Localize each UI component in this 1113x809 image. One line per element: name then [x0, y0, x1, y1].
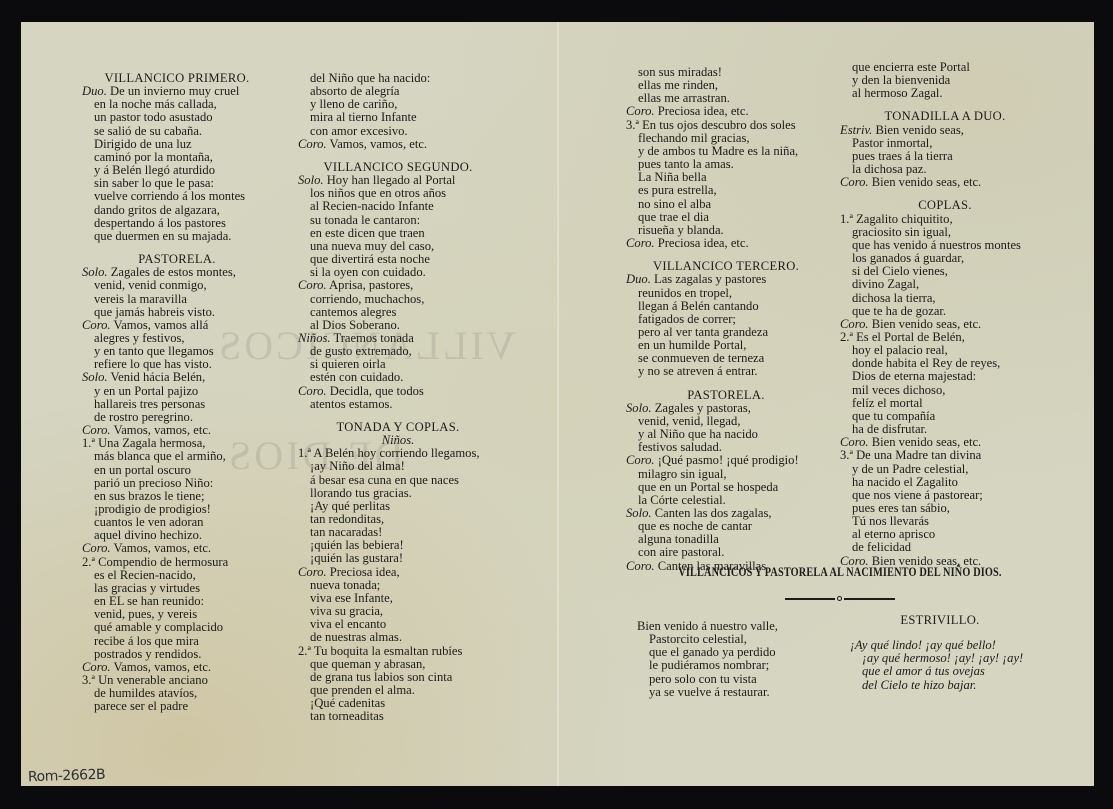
verse-text: viva ese Infante, — [310, 591, 393, 605]
verse-text: Aprisa, pastores, — [329, 278, 413, 292]
verse-text: sin saber lo que le pasa: — [94, 176, 214, 190]
verse-text: dando gritos de algazara, — [94, 203, 220, 217]
verse-text: llegan á Belén cantando — [638, 299, 759, 313]
verse-text: que jamás habreis visto. — [94, 305, 215, 319]
verse-text: una nueva muy del caso, — [310, 239, 434, 253]
verse-text: Zagales de estos montes, — [111, 265, 236, 279]
verse-text: un pastor todo asustado — [94, 110, 213, 124]
verse-text: no sino el alba — [638, 197, 711, 211]
verse-text: si la oyen con cuidado. — [310, 265, 426, 279]
verse-text: donde habita el Rey de reyes, — [852, 356, 1000, 370]
column-2: del Niño que ha nacido:absorto de alegrí… — [298, 72, 498, 724]
speaker-role: 2.ª — [298, 644, 311, 658]
speaker-role: 3.ª — [82, 673, 95, 687]
verse-line: ya se vuelve á restaurar. — [637, 686, 837, 699]
verse-text: Canten las dos zagalas, — [655, 506, 772, 520]
speaker-role: 2.ª — [840, 330, 853, 344]
verse-text: que nos viene á pastorear; — [852, 488, 983, 502]
verse-text: vereis la maravilla — [94, 292, 187, 306]
speaker-role: Niños. — [298, 331, 331, 345]
verse-line: parece ser el padre — [82, 700, 272, 713]
verse-text: en un portal oscuro — [94, 463, 191, 477]
speaker-role: Coro. — [626, 236, 655, 250]
verse-text: Vamos, vamos, etc. — [114, 541, 212, 555]
speaker-role: 3.ª — [626, 118, 639, 132]
verse-text: que duermen en su majada. — [94, 229, 231, 243]
verse-text: atentos estamos. — [310, 397, 393, 411]
verse-text: ¡Qué cadenitas — [310, 696, 385, 710]
verse-text: que encierra este Portal — [852, 60, 970, 74]
speaker-role: Duo. — [82, 84, 107, 98]
verse-line: que el amor á tus ovejas — [850, 665, 1030, 678]
verse-text: ¡quién las gustara! — [310, 551, 403, 565]
speaker-role: Coro. — [82, 541, 111, 555]
verse-text: y á Belén llegó aturdido — [94, 163, 215, 177]
verse-line: le pudiéramos nombrar; — [637, 659, 837, 672]
verse-line: atentos estamos. — [298, 398, 498, 411]
verse-text: cuantos le ven adoran — [94, 515, 203, 529]
verse-text: estén con cuidado. — [310, 370, 403, 384]
verse-text: Dios de eterna majestad: — [852, 369, 976, 383]
verse-text: felíz el mortal — [852, 396, 923, 410]
verse-text: y en tanto que llegamos — [94, 344, 214, 358]
ornament-divider-icon — [785, 596, 895, 602]
speaker-role: 1.ª — [840, 212, 853, 226]
verse-text: que divertirá esta noche — [310, 252, 430, 266]
speaker-role: Coro. — [840, 175, 869, 189]
verse-text: tan redonditas, — [310, 512, 384, 526]
verse-text: Tú nos llevarás — [852, 514, 929, 528]
verse-line: pero solo con tu vista — [637, 673, 837, 686]
speaker-role: Solo. — [626, 506, 652, 520]
verse-text: de grana tus labios son cinta — [310, 670, 452, 684]
column-1: VILLANCICO PRIMERO.Duo. De un invierno m… — [82, 72, 272, 714]
verse-text: fatigados de correr; — [638, 312, 736, 326]
verse-text: parió un precioso Niño: — [94, 476, 213, 490]
verse-text: en EL se han reunido: — [94, 594, 204, 608]
speaker-role: Duo. — [626, 272, 651, 286]
verse-text: Es el Portal de Belén, — [856, 330, 965, 344]
verse-text: Compendio de hermosura — [98, 555, 228, 569]
verse-text: Un venerable anciano — [98, 673, 208, 687]
verse-text: tan torneaditas — [310, 709, 384, 723]
verse-text: y de un Padre celestial, — [852, 462, 968, 476]
verse-text: á besar esa cuna en que naces — [310, 473, 459, 487]
verse-text: los ganados á guardar, — [852, 251, 964, 265]
verse-text: Bien venido seas, etc. — [872, 435, 981, 449]
verse-text: de felicidad — [852, 540, 911, 554]
verse-text: Bien venido seas, etc. — [872, 317, 981, 331]
verse-text: de nuestras almas. — [310, 630, 402, 644]
verse-text: ellas me rinden, — [638, 78, 718, 92]
verse-text: reunidos en tropel, — [638, 286, 732, 300]
verse-text: Zagalito chiquitito, — [856, 212, 953, 226]
verse-text: De una Madre tan divina — [856, 448, 981, 462]
verse-text: con amor excesivo. — [310, 124, 408, 138]
verse-text: Bien venido seas, — [875, 123, 964, 137]
verse-text: y no se atreven á entrar. — [638, 364, 758, 378]
verse-text: y en un Portal pajizo — [94, 384, 198, 398]
verse-text: venid, pues, y vereis — [94, 607, 197, 621]
verse-text: son sus miradas! — [638, 65, 722, 79]
estrivillo: ESTRIVILLO. ¡Ay qué lindo! ¡ay qué bello… — [850, 614, 1030, 692]
verse-text: Vamos, vamos allá — [114, 318, 209, 332]
verse-text: refiere lo que has visto. — [94, 357, 212, 371]
speaker-role: 3.ª — [840, 448, 853, 462]
verse-text: Vamos, vamos, etc. — [330, 137, 428, 151]
verse-text: que es noche de cantar — [638, 519, 752, 533]
speaker-role: Coro. — [840, 435, 869, 449]
verse-text: pues eres tan sábio, — [852, 501, 950, 515]
verse-line: del Cielo te hizo bajar. — [850, 679, 1030, 692]
verse-text: risueña y blanda. — [638, 223, 724, 237]
verse-text: viva su gracia, — [310, 604, 383, 618]
verse-text: mira al tierno Infante — [310, 110, 417, 124]
verse-line: Coro. Vamos, vamos, etc. — [298, 138, 498, 151]
verse-text: qué amable y complacido — [94, 620, 223, 634]
speaker-role: Coro. — [626, 559, 655, 573]
speaker-role: Coro. — [298, 137, 327, 151]
verse-text: en la noche más callada, — [94, 97, 217, 111]
verse-text: al Dios Soberano. — [310, 318, 400, 332]
verse-text: divino Zagal, — [852, 277, 919, 291]
verse-text: ¡Qué pasmo! ¡qué prodigio! — [658, 453, 799, 467]
verse-text: al hermoso Zagal. — [852, 86, 943, 100]
verse-text: cantemos alegres — [310, 305, 396, 319]
verse-text: milagro sin igual, — [638, 467, 727, 481]
verse-text: su tonada le cantaron: — [310, 213, 420, 227]
speaker-role: Estriv. — [840, 123, 872, 137]
verse-text: alegres y festivos, — [94, 331, 185, 345]
verse-text: postrados y rendidos. — [94, 647, 201, 661]
verse-text: al Recien-nacido Infante — [310, 199, 434, 213]
speaker-role: Coro. — [82, 423, 111, 437]
column-4: que encierra este Portaly den la bienven… — [840, 61, 1050, 568]
estrivillo-lines: ¡Ay qué lindo! ¡ay qué bello!¡ay qué her… — [850, 639, 1030, 692]
verse-text: que tu compañía — [852, 409, 935, 423]
verse-text: despertando á los pastores — [94, 216, 226, 230]
verse-text: Tu boquita la esmaltan rubíes — [314, 644, 463, 658]
verse-text: Una Zagala hermosa, — [98, 436, 205, 450]
verse-text: de gusto extremado, — [310, 344, 412, 358]
verse-text: pues tanto la amas. — [638, 157, 734, 171]
verse-text: hoy el palacio real, — [852, 343, 948, 357]
speaker-role: Coro. — [626, 453, 655, 467]
verse-text: Hoy han llegado al Portal — [327, 173, 456, 187]
verse-text: vuelve corriendo á los montes — [94, 189, 245, 203]
verse-text: aquel divino hechizo. — [94, 528, 202, 542]
verse-text: se conmueven de terneza — [638, 351, 764, 365]
verse-text: las gracias y virtudes — [94, 581, 200, 595]
verse-text: con aire pastoral. — [638, 545, 724, 559]
verse-text: los niños que en otros años — [310, 186, 446, 200]
verse-text: En tus ojos descubro dos soles — [642, 118, 796, 132]
verse-text: mil veces dichoso, — [852, 383, 945, 397]
speaker-role: Coro. — [298, 278, 327, 292]
verse-line: al hermoso Zagal. — [840, 87, 1050, 100]
speaker-role: Solo. — [626, 401, 652, 415]
verse-text: Preciosa idea, etc. — [658, 104, 749, 118]
verse-line: Coro. Preciosa idea, etc. — [626, 237, 826, 250]
verse-text: Pastor inmortal, — [852, 136, 932, 150]
verse-text: absorto de alegría — [310, 84, 400, 98]
speaker-role: 1.ª — [82, 436, 95, 450]
verse-text: si del Cielo vienes, — [852, 264, 948, 278]
center-fold — [557, 22, 559, 786]
verse-text: en un humilde Portal, — [638, 338, 746, 352]
verse-text: en este dicen que traen — [310, 226, 425, 240]
verse-text: en sus brazos le tiene; — [94, 489, 205, 503]
verse-text: que te ha de gozar. — [852, 304, 946, 318]
verse-text: Preciosa idea, — [330, 565, 400, 579]
verse-text: parece ser el padre — [94, 699, 188, 713]
verse-text: graciosito sin igual, — [852, 225, 951, 239]
verse-text: recibe á los que mira — [94, 634, 199, 648]
verse-text: Decidla, que todos — [330, 384, 424, 398]
verse-text: que prenden el alma. — [310, 683, 415, 697]
verse-text: hallareis tres personas — [94, 397, 205, 411]
verse-text: la dichosa paz. — [852, 162, 926, 176]
banner-title: VILLANCICOS Y PASTORELA AL NACIMIENTO DE… — [676, 565, 1004, 580]
verse-text: ¡prodigio de prodigios! — [94, 502, 211, 516]
verse-text: corriendo, muchachos, — [310, 292, 424, 306]
verse-text: y den la bienvenida — [852, 73, 950, 87]
verse-text: es pura estrella, — [638, 183, 717, 197]
verse-text: ¡ay Niño del alma! — [310, 459, 405, 473]
verse-text: De un invierno muy cruel — [110, 84, 239, 98]
speaker-role: Coro. — [298, 565, 327, 579]
opening-verse: Bien venido á nuestro valle,Pastorcito c… — [637, 620, 837, 699]
verse-text: se salió de su cabaña. — [94, 124, 202, 138]
verse-text: pero al ver tanta grandeza — [638, 325, 768, 339]
speaker-role: Coro. — [298, 384, 327, 398]
verse-text: y de ambos tu Madre es la niña, — [638, 144, 798, 158]
verse-line: Coro. Bien venido seas, etc. — [840, 176, 1050, 189]
verse-text: tan nacaradas! — [310, 525, 382, 539]
verse-text: La Niña bella — [638, 170, 707, 184]
verse-text: festivos saludad. — [638, 440, 722, 454]
verse-text: ha nacido el Zagalito — [852, 475, 958, 489]
speaker-role: Solo. — [82, 370, 108, 384]
verse-text: venid, venid conmigo, — [94, 278, 207, 292]
speaker-role: 1.ª — [298, 446, 311, 460]
verse-text: que queman y abrasan, — [310, 657, 425, 671]
speaker-role: Solo. — [298, 173, 324, 187]
verse-text: al eterno aprisco — [852, 527, 935, 541]
verse-text: venid, venid, llegad, — [638, 414, 740, 428]
verse-text: Las zagalas y pastores — [654, 272, 766, 286]
estrivillo-heading: ESTRIVILLO. — [850, 614, 1030, 627]
verse-text: más blanca que el armiño, — [94, 449, 226, 463]
verse-text: flechando mil gracias, — [638, 131, 750, 145]
verse-text: Preciosa idea, etc. — [658, 236, 749, 250]
verse-text: y al Niño que ha nacido — [638, 427, 758, 441]
verse-text: Traemos tonada — [333, 331, 413, 345]
verse-line: tan torneaditas — [298, 710, 498, 723]
verse-text: ¡Ay qué perlitas — [310, 499, 390, 513]
verse-text: Dirigido de una luz — [94, 137, 192, 151]
column-3: son sus miradas!ellas me rinden,ellas me… — [626, 66, 826, 573]
verse-text: de humildes atavíos, — [94, 686, 197, 700]
speaker-role: Coro. — [82, 318, 111, 332]
verse-line: y no se atreven á entrar. — [626, 365, 826, 378]
verse-text: la Córte celestial. — [638, 493, 726, 507]
verse-text: que trae el dia — [638, 210, 709, 224]
verse-text: Vamos, vamos, etc. — [114, 423, 212, 437]
verse-text: alguna tonadilla — [638, 532, 719, 546]
speaker-role: Coro. — [626, 104, 655, 118]
verse-text: viva el encanto — [310, 617, 386, 631]
verse-text: del Niño que ha nacido: — [310, 71, 430, 85]
verse-text: Zagales y pastoras, — [655, 401, 751, 415]
verse-text: Bien venido seas, etc. — [872, 175, 981, 189]
verse-text: ¡quién las bebiera! — [310, 538, 404, 552]
archive-label: Rom-2662B — [28, 767, 106, 786]
verse-text: dichosa la tierra, — [852, 291, 936, 305]
verse-text: pues traes á la tierra — [852, 149, 953, 163]
verse-text: llorando tus gracias. — [310, 486, 412, 500]
speaker-role: Coro. — [840, 317, 869, 331]
verse-text: Venid hácia Belén, — [110, 370, 205, 384]
verse-text: que en un Portal se hospeda — [638, 480, 778, 494]
verse-text: es el Recien-nacido, — [94, 568, 196, 582]
verse-text: y lleno de cariño, — [310, 97, 397, 111]
verse-text: caminó por la montaña, — [94, 150, 213, 164]
verse-text: ha de disfrutar. — [852, 422, 927, 436]
verse-text: Vamos, vamos, etc. — [114, 660, 212, 674]
verse-text: de rostro peregrino. — [94, 410, 193, 424]
verse-text: A Belén hoy corriendo llegamos, — [313, 446, 479, 460]
verse-text: si quieren oirla — [310, 357, 386, 371]
speaker-role: Solo. — [82, 265, 108, 279]
verse-text: ellas me arrastran. — [638, 91, 730, 105]
verse-text: nueva tonada; — [310, 578, 380, 592]
speaker-role: 2.ª — [82, 555, 95, 569]
verse-text: que has venido á nuestros montes — [852, 238, 1021, 252]
verse-line: que duermen en su majada. — [82, 230, 272, 243]
speaker-role: Coro. — [82, 660, 111, 674]
